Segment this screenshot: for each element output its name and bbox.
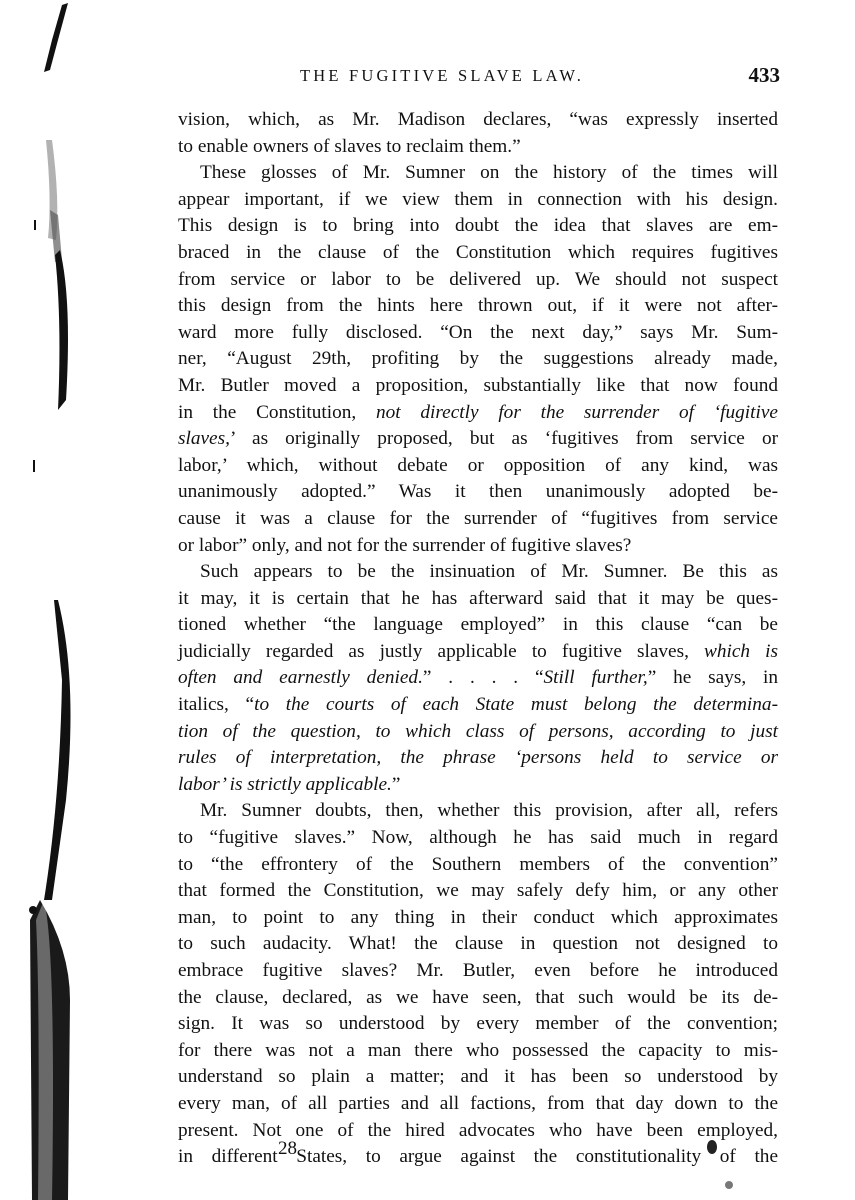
text-line: judicially regarded as justly applicable…	[178, 639, 778, 666]
text-run: braced in the clause of the Constitution…	[178, 242, 778, 263]
text-run: it may, it is certain that he has afterw…	[178, 588, 778, 609]
italic-text: not directly for the surrender of ‘fugit…	[376, 402, 778, 423]
text-line: for there was not a man there who posses…	[178, 1038, 778, 1065]
text-line: slaves,’ as originally proposed, but as …	[178, 426, 778, 453]
italic-text: tion of the question, to which class of …	[178, 721, 778, 742]
text-run: tioned whether “the language employed” i…	[178, 614, 778, 635]
text-run: These glosses of Mr. Sumner on the histo…	[200, 162, 778, 183]
text-run: ’ as originally proposed, but as ‘fugiti…	[230, 428, 778, 449]
text-run: Such appears to be the insinuation of Mr…	[200, 561, 778, 582]
text-line: understand so plain a matter; and it has…	[178, 1064, 778, 1091]
text-line: the clause, declared, as we have seen, t…	[178, 985, 778, 1012]
text-line: tioned whether “the language employed” i…	[178, 612, 778, 639]
ink-speck-icon	[722, 1178, 736, 1190]
text-line: embrace fugitive slaves? Mr. Butler, eve…	[178, 958, 778, 985]
text-line: to “fugitive slaves.” Now, although he h…	[178, 825, 778, 852]
text-run: ” . . . . “	[423, 667, 544, 688]
text-run: understand so plain a matter; and it has…	[178, 1066, 778, 1087]
text-line: in different States, to argue against th…	[178, 1144, 778, 1171]
text-line: ner, “August 29th, profiting by the sugg…	[178, 346, 778, 373]
text-line: braced in the clause of the Constitution…	[178, 240, 778, 267]
italic-text: which is	[704, 641, 778, 662]
text-run: ward more fully disclosed. “On the next …	[178, 322, 778, 343]
text-line: ward more fully disclosed. “On the next …	[178, 320, 778, 347]
binding-shadow-icon	[0, 0, 100, 1200]
text-run: for there was not a man there who posses…	[178, 1040, 778, 1061]
text-line: italics, “to the courts of each State mu…	[178, 692, 778, 719]
text-run: or labor” only, and not for the surrende…	[178, 535, 631, 556]
text-line: in the Constitution, not directly for th…	[178, 400, 778, 427]
text-run: ” he says, in	[648, 667, 778, 688]
text-run: appear important, if we view them in con…	[178, 189, 778, 210]
text-run: this design from the hints here thrown o…	[178, 295, 778, 316]
italic-text: slaves,	[178, 428, 230, 449]
text-run: cause it was a clause for the surrender …	[178, 508, 778, 529]
text-run: every man, of all parties and all factio…	[178, 1093, 778, 1114]
text-run: from service or labor to be delivered up…	[178, 269, 778, 290]
text-line: sign. It was so understood by every memb…	[178, 1011, 778, 1038]
text-line: from service or labor to be delivered up…	[178, 267, 778, 294]
ink-smudge-icon	[705, 1136, 719, 1156]
text-run: unanimously adopted.” Was it then unanim…	[178, 481, 778, 502]
text-run: This design is to bring into doubt the i…	[178, 215, 778, 236]
italic-text: Still further,	[544, 667, 648, 688]
text-line: vision, which, as Mr. Madison declares, …	[178, 107, 778, 134]
text-line: Such appears to be the insinuation of Mr…	[178, 559, 778, 586]
text-line: labor,’ which, without debate or opposit…	[178, 453, 778, 480]
page-number: 433	[749, 63, 781, 88]
text-run: judicially regarded as justly applicable…	[178, 641, 704, 662]
text-line: appear important, if we view them in con…	[178, 187, 778, 214]
text-line: labor’ is strictly applicable.”	[178, 772, 778, 799]
text-run: in the Constitution,	[178, 402, 376, 423]
text-run: to such audacity. What! the clause in qu…	[178, 933, 778, 954]
text-line: This design is to bring into doubt the i…	[178, 213, 778, 240]
text-line: man, to point to any thing in their cond…	[178, 905, 778, 932]
text-run: present. Not one of the hired advocates …	[178, 1120, 778, 1141]
text-line: to enable owners of slaves to reclaim th…	[178, 134, 778, 161]
text-line: to “the effrontery of the Southern membe…	[178, 852, 778, 879]
text-run: Mr. Butler moved a proposition, substant…	[178, 375, 778, 396]
text-run: man, to point to any thing in their cond…	[178, 907, 778, 928]
text-line: rules of interpretation, the phrase ‘per…	[178, 745, 778, 772]
italic-text: rules of interpretation, the phrase ‘per…	[178, 747, 778, 768]
text-line: present. Not one of the hired advocates …	[178, 1118, 778, 1145]
text-run: sign. It was so understood by every memb…	[178, 1013, 778, 1034]
text-line: Mr. Butler moved a proposition, substant…	[178, 373, 778, 400]
text-run: in different States, to argue against th…	[178, 1146, 778, 1167]
signature-mark: 28	[278, 1138, 297, 1160]
scan-gutter-shadow	[0, 0, 100, 1200]
text-line: every man, of all parties and all factio…	[178, 1091, 778, 1118]
text-run: that formed the Constitution, we may saf…	[178, 880, 778, 901]
text-run: to “the effrontery of the Southern membe…	[178, 854, 778, 875]
italic-text: to the courts of each State must belong …	[254, 694, 778, 715]
text-run: to enable owners of slaves to reclaim th…	[178, 136, 521, 157]
text-run: vision, which, as Mr. Madison declares, …	[178, 109, 778, 130]
text-line: cause it was a clause for the surrender …	[178, 506, 778, 533]
italic-text: labor’ is strictly applicable.	[178, 774, 392, 795]
running-head: THE FUGITIVE SLAVE LAW. 433	[300, 64, 780, 94]
text-line: These glosses of Mr. Sumner on the histo…	[178, 160, 778, 187]
text-line: or labor” only, and not for the surrende…	[178, 533, 778, 560]
text-line: this design from the hints here thrown o…	[178, 293, 778, 320]
text-run: embrace fugitive slaves? Mr. Butler, eve…	[178, 960, 778, 981]
text-run: ner, “August 29th, profiting by the sugg…	[178, 348, 778, 369]
text-run: the clause, declared, as we have seen, t…	[178, 987, 778, 1008]
text-run: Mr. Sumner doubts, then, whether this pr…	[200, 800, 778, 821]
text-line: tion of the question, to which class of …	[178, 719, 778, 746]
running-title: THE FUGITIVE SLAVE LAW.	[300, 66, 584, 86]
text-run: italics, “	[178, 694, 254, 715]
text-line: unanimously adopted.” Was it then unanim…	[178, 479, 778, 506]
text-line: often and earnestly denied.” . . . . “St…	[178, 665, 778, 692]
body-text: vision, which, as Mr. Madison declares, …	[178, 107, 778, 1171]
text-line: that formed the Constitution, we may saf…	[178, 878, 778, 905]
text-line: it may, it is certain that he has afterw…	[178, 586, 778, 613]
text-line: Mr. Sumner doubts, then, whether this pr…	[178, 798, 778, 825]
text-run: labor,’ which, without debate or opposit…	[178, 455, 778, 476]
text-run: ”	[392, 774, 401, 795]
text-run: to “fugitive slaves.” Now, although he h…	[178, 827, 778, 848]
text-line: to such audacity. What! the clause in qu…	[178, 931, 778, 958]
italic-text: often and earnestly denied.	[178, 667, 423, 688]
